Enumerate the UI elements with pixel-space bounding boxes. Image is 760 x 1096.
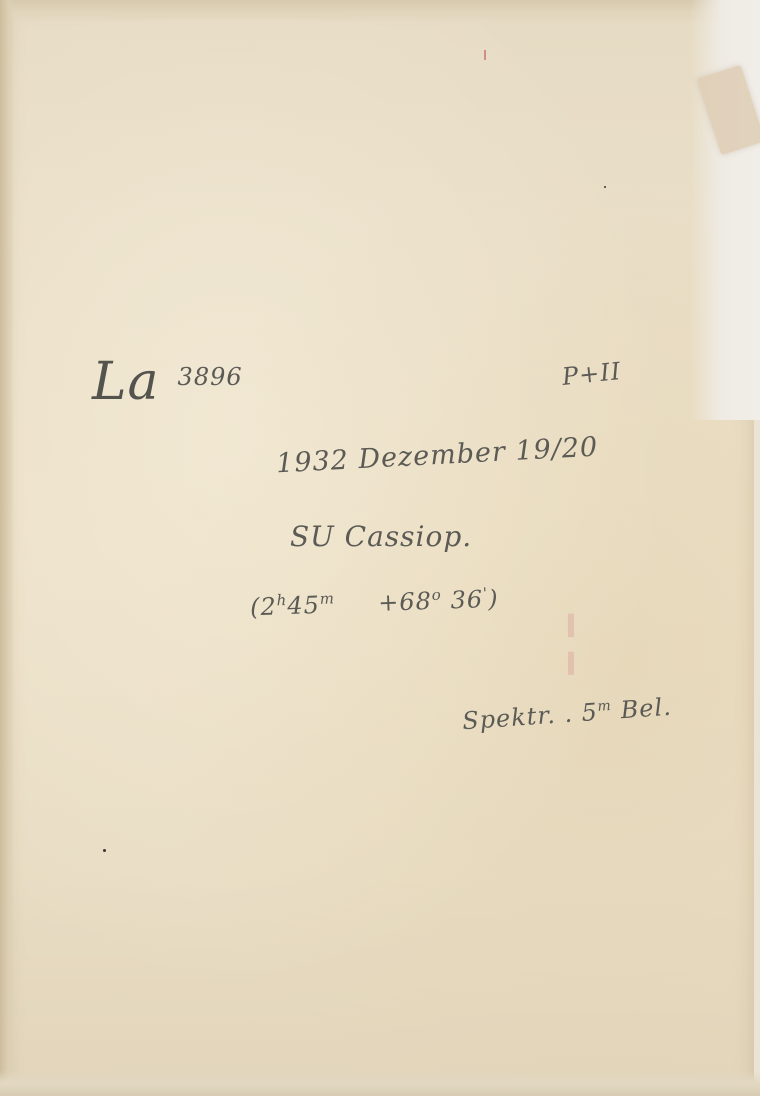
plate-identifier: La3896 bbox=[92, 352, 243, 412]
object-name: SU Cassiop. bbox=[290, 520, 472, 553]
coords-close-paren: ) bbox=[488, 585, 499, 613]
dec-minutes: 36 bbox=[450, 585, 484, 614]
scanned-document: La3896 P+II 1932 Dezember 19/20 SU Cassi… bbox=[0, 0, 760, 1096]
dec-degrees: +68 bbox=[378, 587, 433, 617]
ra-minutes: 45 bbox=[287, 591, 321, 620]
ra-minutes-unit: m bbox=[319, 589, 335, 608]
envelope-top-fold bbox=[0, 0, 760, 22]
paper-speck bbox=[103, 849, 106, 852]
remark-suffix: Bel. bbox=[620, 693, 673, 725]
torn-corner bbox=[690, 0, 760, 420]
plate-number: 3896 bbox=[178, 363, 243, 391]
paper-speck bbox=[604, 186, 606, 188]
remark-value-unit: m bbox=[597, 698, 612, 715]
remark-separator: . bbox=[555, 699, 583, 729]
red-pencil-tick bbox=[484, 50, 486, 60]
plate-prefix: La bbox=[92, 352, 160, 412]
dec-degrees-unit: o bbox=[431, 586, 442, 604]
envelope-left-edge bbox=[0, 0, 14, 1096]
remark-value: 5 bbox=[581, 698, 599, 727]
ra-hours: 2 bbox=[260, 592, 277, 621]
envelope-bottom-edge bbox=[0, 1070, 760, 1096]
faint-red-stamp: I I bbox=[565, 607, 611, 643]
